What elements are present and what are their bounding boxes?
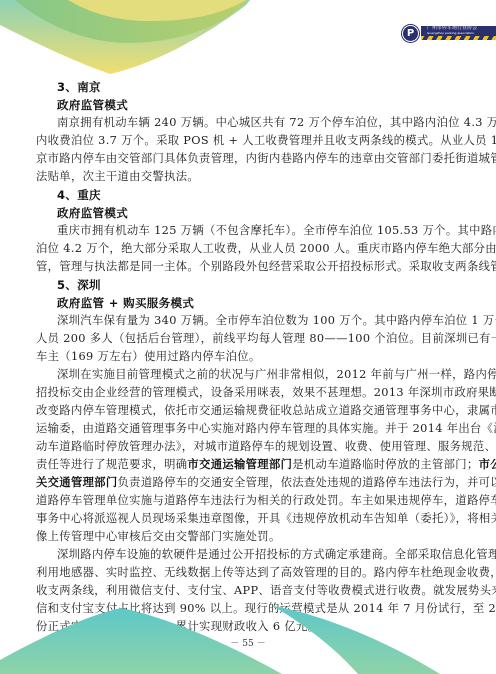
paragraph-line: 深圳汽车保有量为 340 万辆。全市停车泊位数为 100 万个。其中路内停车泊位… [36,312,464,330]
parking-p-icon: P [402,25,419,42]
paragraph-line: 重庆市拥有机动车 125 万辆（不包含摩托车）。全市停车泊位 105.53 万个… [36,222,464,240]
logo-hazard-stripe [421,36,496,40]
paragraph-line: 人员 200 多人（包括后台管理），前线平均每人管理 80——100 个泊位。目… [36,330,464,348]
paragraph-line: 改变路内停车管理模式，依托市交通运输规费征收总站成立道路交通管理事务中心，隶属市… [36,402,464,420]
page-number: － 55 － [0,636,496,649]
text-run: 是机动车道路临时停放的主管部门； [292,458,478,471]
section-title-shenzhen: 5、深圳 [36,276,464,294]
section-model-nanjing: 政府监管模式 [36,96,464,114]
paragraph-line: 像上传管理中心审核后交由交警部门实施处罚。 [36,528,464,546]
paragraph-line: 深圳在实施目前管理模式之前的状况与广州非常相似，2012 年前与广州一样，路内停… [36,366,464,384]
document-body: 3、南京 政府监管模式 南京拥有机动车辆 240 万辆。中心城区共有 72 万个… [36,78,464,636]
emphasis-police-dept: 市公安机 [479,458,496,471]
emphasis-transport-dept: 市交通运输管理部门 [187,458,292,471]
paragraph-line: 收支两条线，利用微信支付、支付宝、APP、语音支付等收费模式进行收费。就发展势头… [36,582,464,600]
paragraph-line: 管，管理与执法都是同一主体。个别路段外包经营采取公开招投标形式。采取收支两条线管… [36,258,464,276]
paragraph-line: 深圳路内停车设施的软硬件是通过公开招投标的方式确定承建商。全部采取信息化管理手段… [36,546,464,564]
section-model-chongqing: 政府监管模式 [36,204,464,222]
paragraph-line: 内收费泊位 3.7 万个。采取 POS 机 + 人工收费管理并且收支两条线的模式… [36,132,464,150]
paragraph-line: 京市路内停车由交管部门具体负责管理，内街内巷路内停车的违章由交管部门委托街道城管… [36,150,464,168]
section-model-shenzhen: 政府监管 + 购买服务模式 [36,294,464,312]
top-wave-decoration [0,0,260,80]
paragraph-line: 车主（169 万左右）使用过路内停车泊位。 [36,348,464,366]
paragraph-line: 关交通管理部门负责道路停车的交通安全管理，依法查处违规的道路停车违法行为，并可以… [36,474,464,492]
emphasis-police-dept-cont: 关交通管理部门 [36,476,118,489]
paragraph-line: 南京拥有机动车辆 240 万辆。中心城区共有 72 万个停车泊位，其中路内泊位 … [36,114,464,132]
association-logo: P 广州市停车场行业协会 Guangzhou parking associati… [402,25,496,42]
paragraph-line: 运输委，由道路交通管理事务中心实施对路内停车管理的具体实施。并于 2014 年出… [36,420,464,438]
section-title-chongqing: 4、重庆 [36,186,464,204]
paragraph-line: 泊位 4.2 万个，绝大部分采取人工收费，从业人员 2000 人。重庆市路内停车… [36,240,464,258]
paragraph-line: 动车道路临时停放管理办法》，对城市道路停车的规划设置、收费、使用管理、服务规范、… [36,438,464,456]
paragraph-line: 法贴单，次主干道由交警执法。 [36,168,464,186]
text-run: 负责道路停车的交通安全管理，依法查处违规的道路停车违法行为，并可以委托 [118,476,496,489]
paragraph-line: 事务中心将派巡视人员现场采集违章图像，开具《违规停放机动车告知单（委托）》，将相… [36,510,464,528]
logo-org-name-en: Guangzhou parking association [427,31,496,35]
text-run: 责任等进行了规范要求，明确 [36,458,187,471]
paragraph-line: 招投标交由企业经营的管理模式，设备采用咪表，效果不甚理想。2013 年深圳市政府… [36,384,464,402]
section-title-nanjing: 3、南京 [36,78,464,96]
paragraph-line: 责任等进行了规范要求，明确市交通运输管理部门是机动车道路临时停放的主管部门；市公… [36,456,464,474]
logo-banner: 广州市停车场行业协会 Guangzhou parking association [421,26,496,36]
paragraph-line: 利用地感器、实时监控、无线数据上传等达到了高效管理的目的。路内停车杜绝现金收费，… [36,564,464,582]
paragraph-line: 道路停车管理单位实施与道路停车违法行为相关的行政处罚。车主如果违规停车，道路停车… [36,492,464,510]
